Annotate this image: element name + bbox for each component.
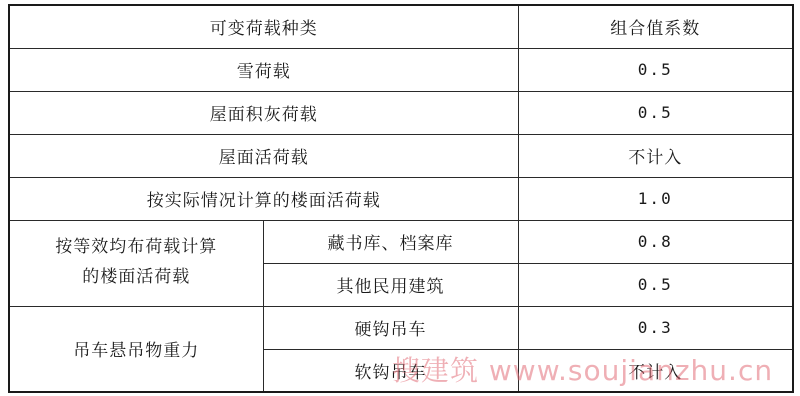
group-category-line2: 的楼面活荷载 <box>10 263 263 293</box>
header-category: 可变荷载种类 <box>9 5 518 48</box>
row-category: 雪荷载 <box>9 48 518 91</box>
subrow-factor: 0.8 <box>518 220 793 263</box>
table-row: 按实际情况计算的楼面活荷载 1.0 <box>9 177 793 220</box>
subrow-factor: 0.3 <box>518 306 793 349</box>
row-factor: 0.5 <box>518 91 793 134</box>
subrow-category: 软钩吊车 <box>263 349 518 392</box>
row-category: 屋面活荷载 <box>9 134 518 177</box>
table-row: 吊车悬吊物重力 硬钩吊车 0.3 <box>9 306 793 349</box>
table-row: 屋面活荷载 不计入 <box>9 134 793 177</box>
table-row: 屋面积灰荷载 0.5 <box>9 91 793 134</box>
table-header-row: 可变荷载种类 组合值系数 <box>9 5 793 48</box>
subrow-category: 其他民用建筑 <box>263 263 518 306</box>
row-category: 屋面积灰荷载 <box>9 91 518 134</box>
table-row: 按等效均布荷载计算 的楼面活荷载 藏书库、档案库 0.8 <box>9 220 793 263</box>
header-factor: 组合值系数 <box>518 5 793 48</box>
row-factor: 不计入 <box>518 134 793 177</box>
subrow-category: 硬钩吊车 <box>263 306 518 349</box>
row-factor: 0.5 <box>518 48 793 91</box>
row-category: 按实际情况计算的楼面活荷载 <box>9 177 518 220</box>
subrow-factor: 0.5 <box>518 263 793 306</box>
group-category-line1: 按等效均布荷载计算 <box>10 233 263 263</box>
group-category: 按等效均布荷载计算 的楼面活荷载 <box>9 220 263 306</box>
subrow-factor: 不计入 <box>518 349 793 392</box>
load-combination-table: 可变荷载种类 组合值系数 雪荷载 0.5 屋面积灰荷载 0.5 屋面活荷载 不计… <box>8 4 794 393</box>
load-combination-table-container: 可变荷载种类 组合值系数 雪荷载 0.5 屋面积灰荷载 0.5 屋面活荷载 不计… <box>8 4 792 388</box>
row-factor: 1.0 <box>518 177 793 220</box>
table-row: 雪荷载 0.5 <box>9 48 793 91</box>
group-category: 吊车悬吊物重力 <box>9 306 263 392</box>
subrow-category: 藏书库、档案库 <box>263 220 518 263</box>
